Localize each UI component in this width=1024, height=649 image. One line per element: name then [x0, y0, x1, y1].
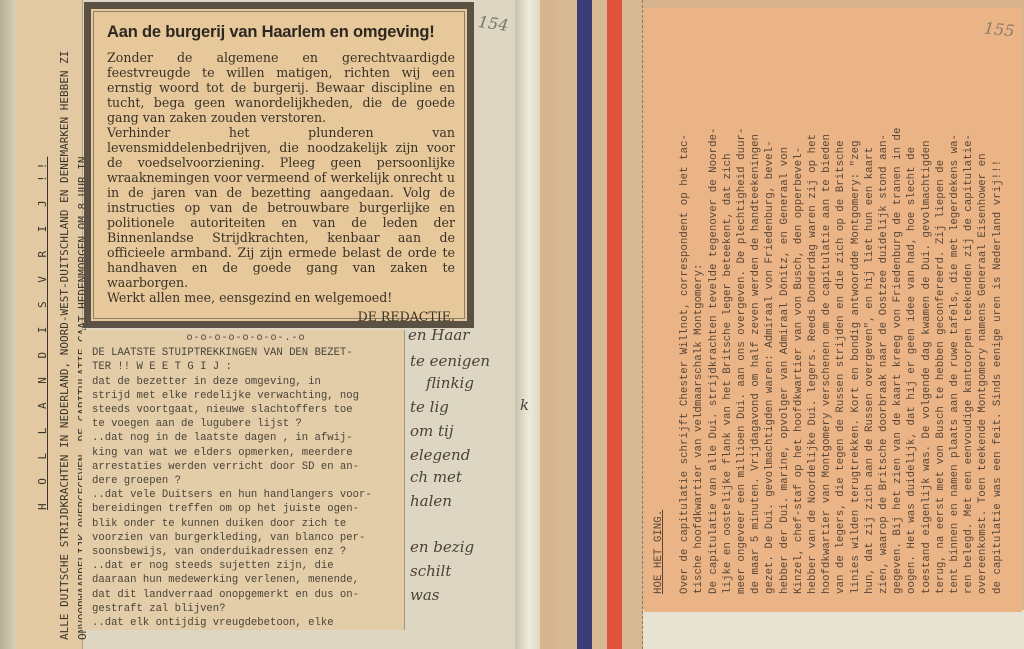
- report-line: gezet. De Dui. gevolmachtigden waren: Ad…: [763, 22, 777, 594]
- handwriting-line: flinkig: [426, 374, 474, 392]
- flag-stripe-blue: [577, 0, 592, 649]
- page-number-left: 154: [477, 12, 510, 35]
- page-number-right: 155: [983, 18, 1015, 40]
- report-line: gegeven. Bij het zien van de kaart kreeg…: [891, 22, 905, 594]
- report-line: zien, waarop de Britsche doorbraak naar …: [877, 22, 891, 594]
- clipping-line: dere groepen ?: [92, 474, 400, 488]
- clipping-line: ..dat elk ontijdig vreugdebetoon, elke: [92, 616, 400, 630]
- strip-title: H O L L A N D I S V R I J !!: [36, 157, 49, 510]
- handwriting-line: ch met: [410, 468, 462, 486]
- handwriting-line: te lig: [410, 398, 449, 416]
- clipping-line: dat de bezetter in deze omgeving, in: [92, 375, 400, 389]
- report-line: tent binnen en namen plaats aan de ruwe …: [948, 22, 962, 594]
- report-line: van de legers, die tegen de Russen strij…: [834, 22, 848, 594]
- report-line: hebber der Dui. marine, opvolger van Adm…: [778, 22, 792, 594]
- left-page-edge: [0, 0, 16, 649]
- proclamation-title: Aan de burgerij van Haarlem en omgeving!: [107, 23, 455, 42]
- report-line: tische hoofdkwartier van veldmaarschalk …: [692, 22, 706, 594]
- clipping-line: arrestaties werden verricht door SD en a…: [92, 460, 400, 474]
- right-page-bottom: [640, 610, 1024, 649]
- report-line: Over de capitulatie schrijft Chester Wil…: [678, 22, 692, 594]
- clipping-line: ..dat nog in de laatste dagen , in afwij…: [92, 431, 400, 445]
- typed-clipping: o-o-o-o-o-o-o-.-o DE LAATSTE STUIPTREKKI…: [82, 330, 405, 630]
- clipping-line: soonsbewijs, van onderduikadressen enz ?: [92, 545, 400, 559]
- flag-stripe-red: [607, 0, 622, 649]
- report-line: de capitulatie was een feit. Sinds eenig…: [991, 22, 1005, 594]
- handwriting-line: te eenigen: [410, 352, 490, 370]
- strip-line-1: ALLE DUITSCHE STRIJDKRACHTEN IN NEDERLAN…: [58, 51, 71, 640]
- clipping-heading: TER !! W E E T G I J :: [92, 360, 400, 374]
- handwritten-notes: en Haar te eenigen flinkig te lig om tij…: [404, 330, 516, 649]
- report-line: overeenkomst. Toen teekende Montgomery n…: [976, 22, 990, 594]
- report-line: toestand eigenlijk was. De volgende dag …: [920, 22, 934, 594]
- margin-mark: k: [520, 396, 529, 414]
- proclamation-paragraph: Verhinder het plunderen van levensmiddel…: [107, 125, 455, 290]
- report-line: De capitulatie van alle Dui. strijdkrach…: [707, 22, 721, 594]
- report-title: HOE HET GING.: [652, 22, 666, 594]
- proclamation-body: Zonder de algemene en gerechtvaardigde f…: [107, 50, 455, 305]
- clipping-line: strijd met elke redelijke verwachting, n…: [92, 389, 400, 403]
- clipping-line: te voegen aan de lugubere lijst ?: [92, 417, 400, 431]
- clipping-line: dat dit landverraad onopgemerkt en dus o…: [92, 588, 400, 602]
- report-line: lijke en oostelijke flank van het Britsc…: [721, 22, 735, 594]
- report-line: Kinzel, chef-staf op het hoofdkwartier v…: [792, 22, 806, 594]
- report-line: hebber van de Noordelijke Dui. legers. R…: [806, 22, 820, 594]
- headline-strip: H O L L A N D I S V R I J !! ALLE DUITSC…: [16, 0, 83, 649]
- clipping-line: ..dat er nog steeds sujetten zijn, die: [92, 559, 400, 573]
- proclamation-paragraph: Zonder de algemene en gerechtvaardigde f…: [107, 50, 455, 125]
- handwriting-line: was: [410, 586, 439, 604]
- report-line: hun, dat zij zich aan de Russen overgeve…: [863, 22, 877, 594]
- clipping-line: voorzien van burgerkleding, van blanco p…: [92, 531, 400, 545]
- proclamation-signature: DE REDACTIE.: [107, 309, 455, 324]
- clipping-line: blik onder te kunnen duiken door zich te: [92, 517, 400, 531]
- book-gutter: [515, 0, 543, 649]
- handwriting-line: om tij: [410, 422, 454, 440]
- handwriting-line: halen: [410, 492, 452, 510]
- report-line: hoofdkwartier van Montgomery verschenen …: [820, 22, 834, 594]
- clipping-separator: o-o-o-o-o-o-o-.-o: [92, 332, 400, 346]
- proclamation-paragraph: Werkt allen mee, eensgezind en welgemoed…: [107, 290, 455, 305]
- clipping-line: king van wat we elders opmerken, meerder…: [92, 446, 400, 460]
- proclamation-clipping: Aan de burgerij van Haarlem en omgeving!…: [84, 2, 474, 328]
- report-line: meer ongeveer een millioen Dui. aan ons …: [735, 22, 749, 594]
- clipping-line: steeds voortgaat, nieuwe slachtoffers to…: [92, 403, 400, 417]
- handwriting-line: schilt: [410, 562, 451, 580]
- clipping-line: gestraft zal blijven?: [92, 602, 400, 616]
- report-line: ren belegd. Met een eenvoudige kantoorpe…: [962, 22, 976, 594]
- clipping-line: ..dat vele Duitsers en hun handlangers v…: [92, 488, 400, 502]
- report-line: terug, na eerst met von Busch te hebben …: [934, 22, 948, 594]
- report-clipping: HOE HET GING. Over de capitulatie schrij…: [644, 8, 1022, 612]
- report-line: de maar 5 minuten. Vrijdagavond om half …: [749, 22, 763, 594]
- handwriting-line: en Haar: [408, 326, 469, 344]
- clipping-line: bereidingen treffen om op het juiste oge…: [92, 502, 400, 516]
- clipping-heading: DE LAATSTE STUIPTREKKINGEN VAN DEN BEZET…: [92, 346, 400, 360]
- handwriting-line: en bezig: [410, 538, 474, 556]
- flag-card: [556, 0, 643, 649]
- clipping-line: daaraan hun medewerking verlenen, menend…: [92, 573, 400, 587]
- report-line: oogen. Het was duidelijk, dat hij er gee…: [905, 22, 919, 594]
- report-line: linies wilden terugtrekken. Kort en bond…: [849, 22, 863, 594]
- handwriting-line: elegend: [410, 446, 470, 464]
